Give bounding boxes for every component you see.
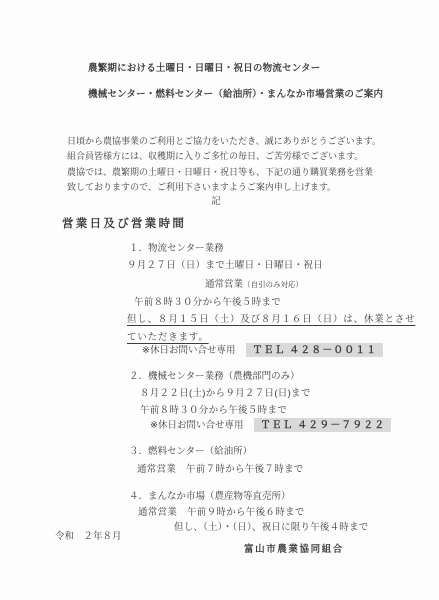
scanned-notice-document: 農繁期における土曜日・日曜日・祝日の物流センター 機械センター・燃料センター（給… <box>0 0 439 600</box>
notice-title-line2: 機械センター・燃料センター（給油所）・まんなか市場営業のご案内 <box>88 88 383 101</box>
section2-holiday-contact-label: ※休日お問い合せ専用 <box>150 420 243 431</box>
greeting-paragraph: 日頃から農協事業のご利用とご協力をいただき、誠にありがとうございます。 組合員皆… <box>67 134 381 196</box>
greeting-line: 組合員皆様方には、収穫期に入りご多忙の毎日、ご苦労様でございます。 <box>67 149 381 164</box>
section2-period: ８月２２日(土)から９月２７日(日)まで <box>140 387 311 400</box>
greeting-line: 農協では、農繁期の土曜日・日曜日・祝日等も、下記の通り購買業務を営業 <box>67 165 381 180</box>
section1-normal-label: 通常営業 <box>205 279 243 290</box>
section1-normal-operation: 通常営業（自引のみ対応） <box>205 278 303 291</box>
section4-hours: 通常営業 午前９時から午後６時まで <box>138 506 305 519</box>
organization-signature: 富山市農業協同組合 <box>244 543 344 556</box>
section4-title: ４．まんなか市場（農産物等直売所） <box>129 490 291 503</box>
section1-normal-note: （自引のみ対応） <box>243 280 303 289</box>
section1-title: １．物流センター業務 <box>129 242 224 255</box>
section1-holiday-contact-row: ※休日お問い合せ専用ＴＥＬ ４２８－００１１ <box>142 344 383 357</box>
greeting-line: 日頃から農協事業のご利用とご協力をいただき、誠にありがとうございます。 <box>67 134 381 149</box>
record-mark: 記 <box>0 195 432 208</box>
section1-holiday-contact-label: ※休日お問い合せ専用 <box>142 345 235 356</box>
section2-hours: 午前８時３０分から午後５時まで <box>140 404 287 417</box>
business-hours-heading: 営業日及び営業時間 <box>62 218 186 231</box>
document-date: 令和 ２年８月 <box>55 530 122 543</box>
section4-weekend-note: 但し、（土）・（日）、祝日に限り午後４時まで <box>174 521 368 534</box>
section2-holiday-contact-row: ※休日お問い合せ専用ＴＥＬ ４２９－７９２２ <box>150 419 391 432</box>
section3-hours: 通常営業 午前７時から午後７時まで <box>137 463 304 476</box>
section2-title: ２．機械センター業務（農機部門のみ） <box>129 370 300 383</box>
greeting-line: 致しておりますので、ご利用下さいますようご案内申し上げます。 <box>67 180 381 195</box>
section1-closed-notice-line1: 但し、８月１５日（土）及び８月１６日（日）は、休業とさせ <box>127 313 415 326</box>
section3-title: ３．燃料センター（給油所） <box>129 445 252 458</box>
section1-hours: 午前８時３０分から午後５時まで <box>134 296 281 309</box>
section1-phone-number: ＴＥＬ ４２８－００１１ <box>246 343 383 357</box>
section2-phone-number: ＴＥＬ ４２９－７９２２ <box>254 418 391 432</box>
section1-period: ９月２７日（日）まで土曜日・日曜日・祝日 <box>127 259 323 272</box>
notice-title-line1: 農繁期における土曜日・日曜日・祝日の物流センター <box>88 62 320 75</box>
section1-closed-notice-line2: ていただきます。 <box>127 331 209 344</box>
